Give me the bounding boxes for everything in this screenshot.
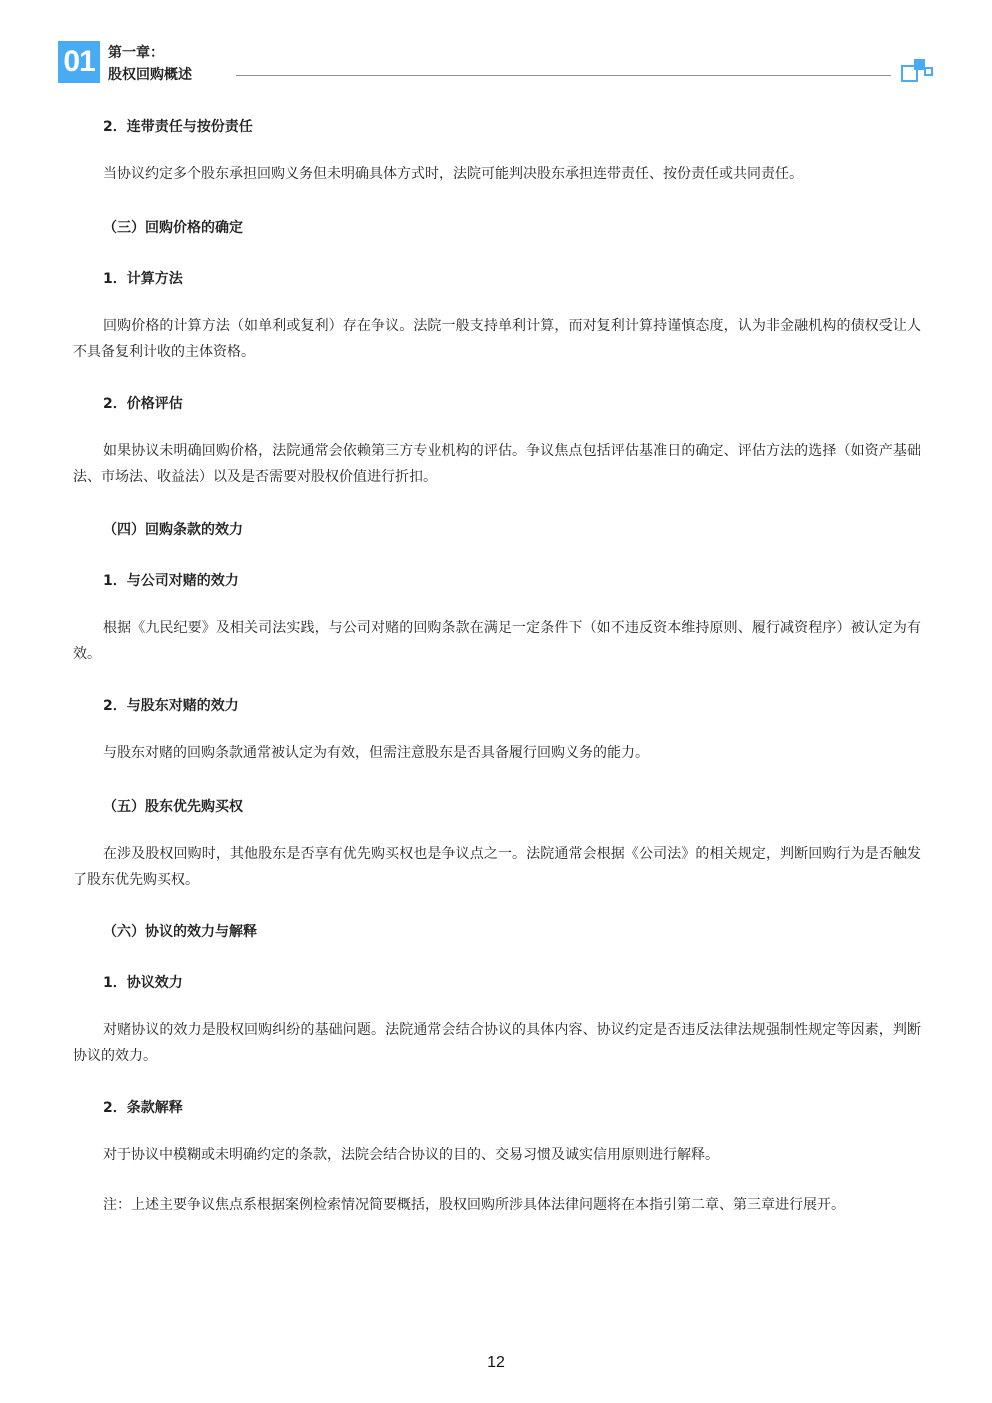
paragraph: 根据《九民纪要》及相关司法实践，与公司对赌的回购条款在满足一定条件下（如不违反资… (73, 615, 921, 667)
section-heading: （五）股东优先购买权 (73, 796, 951, 816)
subheading: 2．与股东对赌的效力 (73, 695, 951, 715)
subheading: 2．价格评估 (73, 393, 951, 413)
paragraph: 如果协议未明确回购价格，法院通常会依赖第三方专业机构的评估。争议焦点包括评估基准… (73, 438, 921, 490)
section-heading: （六）协议的效力与解释 (73, 921, 951, 941)
chapter-heading: 第一章： 股权回购概述 (108, 42, 192, 86)
paragraph: 与股东对赌的回购条款通常被认定为有效，但需注意股东是否具备履行回购义务的能力。 (73, 740, 921, 766)
subheading: 2．连带责任与按份责任 (73, 116, 951, 136)
stacked-squares-icon (898, 56, 938, 88)
subheading: 1．计算方法 (73, 268, 951, 288)
paragraph: 回购价格的计算方法（如单利或复利）存在争议。法院一般支持单利计算，而对复利计算持… (73, 313, 921, 365)
chapter-label: 第一章： (108, 42, 192, 64)
note-paragraph: 注：上述主要争议焦点系根据案例检索情况简要概括，股权回购所涉具体法律问题将在本指… (73, 1192, 921, 1218)
paragraph: 对赌协议的效力是股权回购纠纷的基础问题。法院通常会结合协议的具体内容、协议约定是… (73, 1017, 921, 1069)
paragraph: 在涉及股权回购时，其他股东是否享有优先购买权也是争议点之一。法院通常会根据《公司… (73, 841, 921, 893)
page-header: 01 第一章： 股权回购概述 (0, 0, 992, 100)
chapter-number-badge: 01 (58, 41, 100, 83)
section-heading: （四）回购条款的效力 (73, 519, 951, 539)
section-heading: （三）回购价格的确定 (73, 217, 951, 237)
paragraph: 对于协议中模糊或未明确约定的条款，法院会结合协议的目的、交易习惯及诚实信用原则进… (73, 1142, 921, 1168)
subheading: 2．条款解释 (73, 1097, 951, 1117)
page-number: 12 (0, 1354, 992, 1372)
subheading: 1．协议效力 (73, 972, 951, 992)
header-divider (236, 75, 891, 76)
chapter-title: 股权回购概述 (108, 64, 192, 86)
paragraph: 当协议约定多个股东承担回购义务但未明确具体方式时，法院可能判决股东承担连带责任、… (73, 161, 921, 187)
subheading: 1．与公司对赌的效力 (73, 570, 951, 590)
